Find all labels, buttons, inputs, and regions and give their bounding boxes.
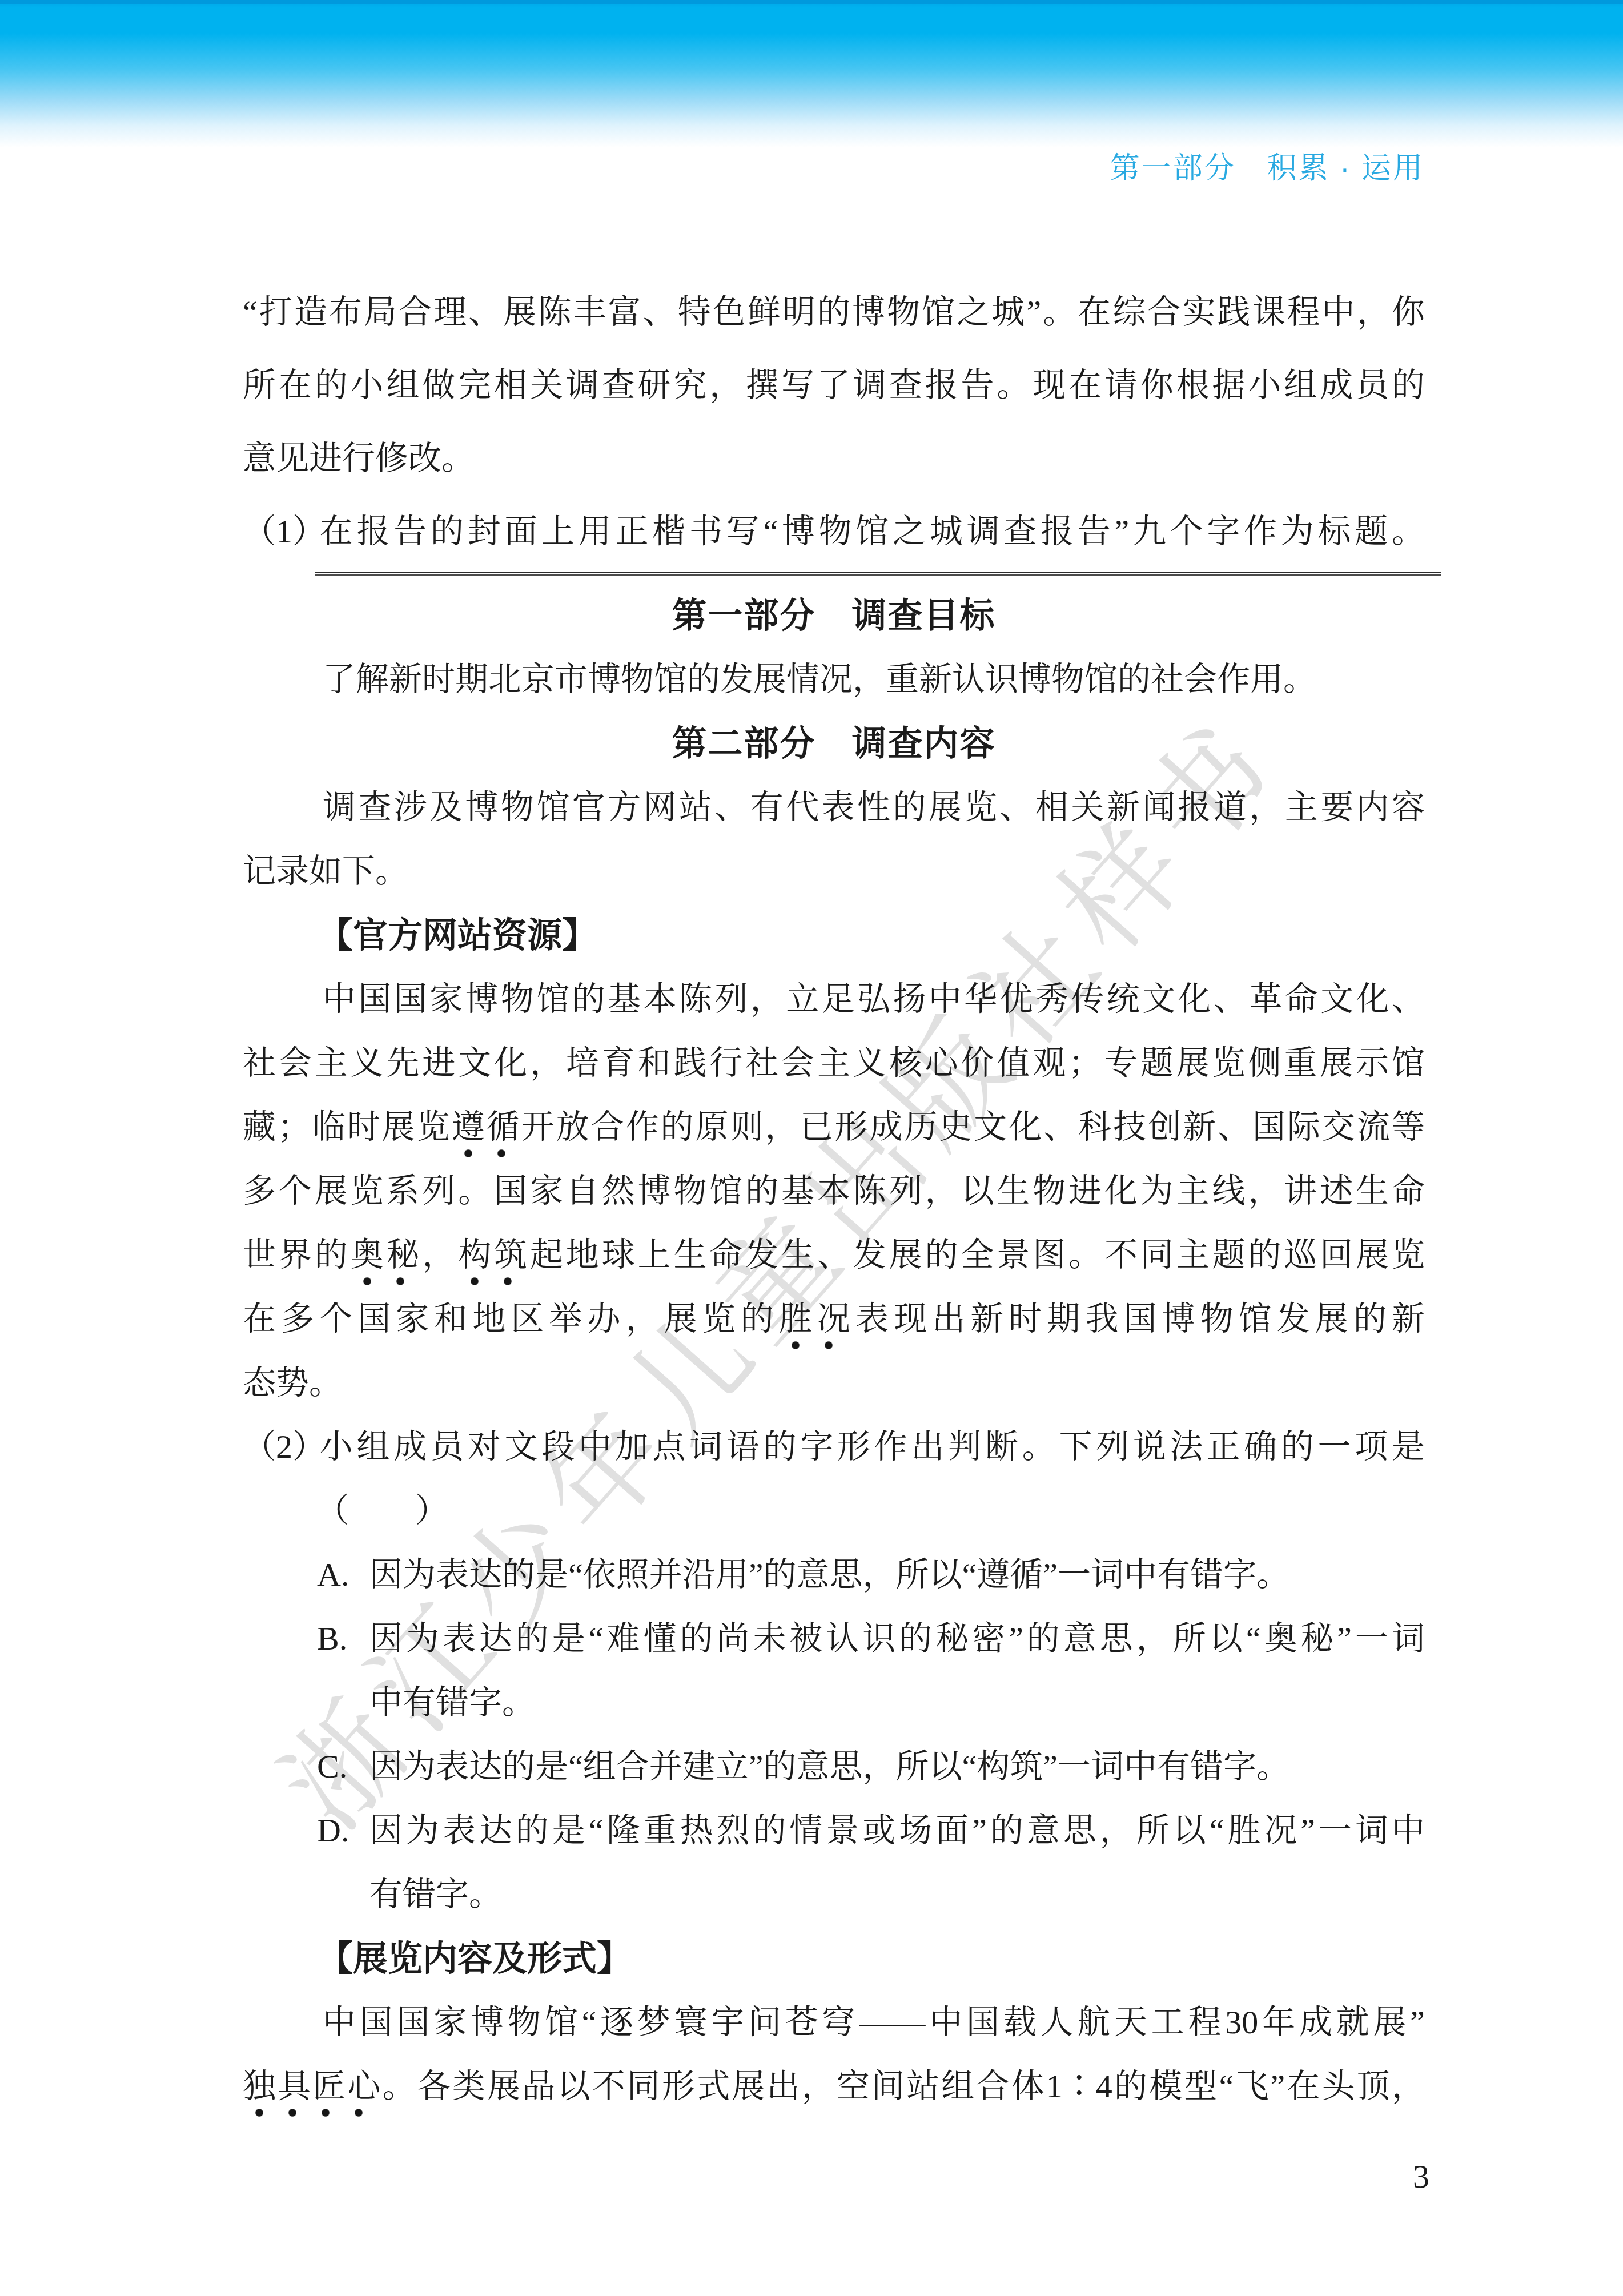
question1-row: （1）在报告的封面上用正楷书写“博物馆之城调查报告”九个字作为标题。	[243, 495, 1425, 568]
question2-stem: 小组成员对文段中加点词语的字形作出判断。下列说法正确的一项是	[316, 1428, 1425, 1465]
exhibit-paragraph-line: 独具匠心。各类展品以不同形式展出，空间站组合体1∶4的模型“飞”在头顶，	[243, 2054, 1425, 2118]
option-label-b: B.	[317, 1607, 369, 1671]
question1-text: 在报告的封面上用正楷书写“博物馆之城调查报告”九个字作为标题。	[316, 513, 1425, 550]
emphasized-word-dujujiangxin: 独具匠心	[243, 2068, 383, 2120]
report-part1-heading: 第一部分 调查目标	[243, 584, 1425, 648]
report-part2-line: 调查涉及博物馆官方网站、有代表性的展览、相关新闻报道，主要内容	[243, 775, 1425, 839]
plain-text: 开放合作的原则，已形成历史文化、科技创新、国际交流等	[521, 1108, 1425, 1145]
website-paragraph-line: 多个展览系列。国家自然博物馆的基本陈列，以生物进化为主线，讲述生命	[243, 1159, 1425, 1223]
plain-text: 表现出新时期我国博物馆发展的新	[855, 1300, 1425, 1337]
page-number: 3	[1413, 2157, 1429, 2196]
intro-paragraph: “打造布局合理、展陈丰富、特色鲜明的博物馆之城”。在综合实践课程中，你 所在的小…	[243, 276, 1425, 568]
option-text-c: 因为表达的是“组合并建立”的意思，所以“构筑”一词中有错字。	[369, 1735, 1425, 1799]
plain-text: ，	[422, 1236, 458, 1273]
intro-line: 所在的小组做完相关调查研究，撰写了调查报告。现在请你根据小组成员的	[243, 349, 1425, 422]
answer-blank: （ ）	[243, 1479, 1425, 1543]
website-paragraph-line: 藏；临时展览遵循开放合作的原则，已形成历史文化、科技创新、国际交流等	[243, 1095, 1425, 1159]
option-continuation-d: 有错字。	[243, 1863, 1425, 1927]
emphasized-word-gouzhu: 构筑	[458, 1236, 530, 1288]
intro-line: “打造布局合理、展陈丰富、特色鲜明的博物馆之城”。在综合实践课程中，你	[243, 276, 1425, 349]
report-part2-line: 记录如下。	[243, 839, 1425, 903]
report-part2-heading: 第二部分 调查内容	[243, 711, 1425, 775]
website-paragraph-line: 中国国家博物馆的基本陈列，立足弘扬中华优秀传统文化、革命文化、	[243, 967, 1425, 1031]
option-row-a: A. 因为表达的是“依照并沿用”的意思，所以“遵循”一词中有错字。	[243, 1543, 1425, 1607]
exhibit-paragraph-line: 中国国家博物馆“逐梦寰宇问苍穹——中国载人航天工程30年成就展”	[243, 1991, 1425, 2054]
website-resources-heading: 【官方网站资源】	[243, 903, 1425, 967]
option-text-a: 因为表达的是“依照并沿用”的意思，所以“遵循”一词中有错字。	[369, 1543, 1425, 1607]
plain-text: 在多个国家和地区举办，展览的	[243, 1300, 779, 1337]
report-and-question-body: 第一部分 调查目标 了解新时期北京市博物馆的发展情况，重新认识博物馆的社会作用。…	[243, 584, 1425, 2118]
top-gradient-banner	[0, 0, 1623, 147]
option-row-b: B. 因为表达的是“难懂的尚未被认识的秘密”的意思，所以“奥秘”一词	[243, 1607, 1425, 1671]
emphasized-word-shengkuang: 胜况	[779, 1300, 855, 1352]
option-label-c: C.	[317, 1735, 369, 1799]
question2-marker: （2）	[243, 1415, 316, 1479]
plain-text: 。各类展品以不同形式展出，空间站组合体1∶4的模型“飞”在头顶，	[383, 2068, 1425, 2105]
option-text-d: 因为表达的是“隆重热烈的情景或场面”的意思，所以“胜况”一词中	[369, 1799, 1425, 1863]
option-continuation-b: 中有错字。	[243, 1671, 1425, 1735]
report-part1-body: 了解新时期北京市博物馆的发展情况，重新认识博物馆的社会作用。	[243, 648, 1425, 711]
report-divider-line	[315, 572, 1441, 576]
website-paragraph-line: 世界的奥秘，构筑起地球上生命发生、发展的全景图。不同主题的巡回展览	[243, 1223, 1425, 1287]
option-label-a: A.	[317, 1543, 369, 1607]
option-row-c: C. 因为表达的是“组合并建立”的意思，所以“构筑”一词中有错字。	[243, 1735, 1425, 1799]
section-header-label: 第一部分 积累 · 运用	[1110, 144, 1424, 187]
textbook-page: 第一部分 积累 · 运用 浙江少年儿童出版社样书 “打造布局合理、展陈丰富、特色…	[0, 0, 1623, 2296]
option-label-d: D.	[317, 1799, 369, 1863]
option-text-b: 因为表达的是“难懂的尚未被认识的秘密”的意思，所以“奥秘”一词	[369, 1607, 1425, 1671]
content-area: “打造布局合理、展陈丰富、特色鲜明的博物馆之城”。在综合实践课程中，你 所在的小…	[243, 276, 1425, 2118]
banner-top-edge-line	[0, 0, 1623, 4]
question1-marker: （1）	[243, 495, 316, 568]
website-paragraph-line: 社会主义先进文化，培育和践行社会主义核心价值观；专题展览侧重展示馆	[243, 1031, 1425, 1095]
option-row-d: D. 因为表达的是“隆重热烈的情景或场面”的意思，所以“胜况”一词中	[243, 1799, 1425, 1863]
plain-text: 藏；临时展览	[243, 1108, 452, 1145]
question2-row: （2）小组成员对文段中加点词语的字形作出判断。下列说法正确的一项是	[243, 1415, 1425, 1479]
intro-line: 意见进行修改。	[243, 422, 1425, 495]
website-paragraph-line: 态势。	[243, 1351, 1425, 1415]
exhibit-section-heading: 【展览内容及形式】	[243, 1927, 1425, 1991]
emphasized-word-zunxun: 遵循	[452, 1108, 521, 1160]
emphasized-word-aomi: 奥秘	[351, 1236, 423, 1288]
plain-text: 世界的	[243, 1236, 351, 1273]
plain-text: 起地球上生命发生、发展的全景图。不同主题的巡回展览	[530, 1236, 1425, 1273]
website-paragraph-line: 在多个国家和地区举办，展览的胜况表现出新时期我国博物馆发展的新	[243, 1287, 1425, 1351]
